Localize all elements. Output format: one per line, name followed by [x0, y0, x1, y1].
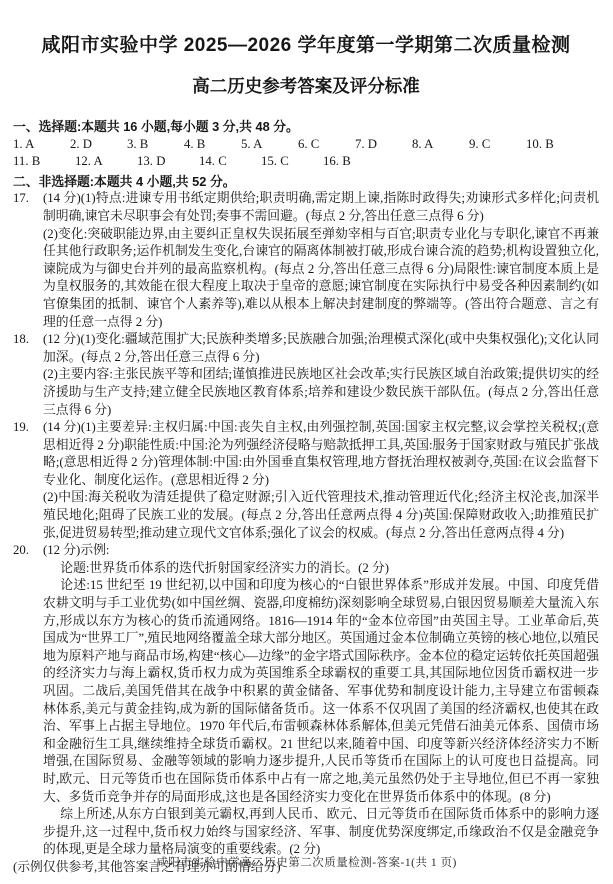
question-18-number: 18. — [13, 331, 29, 349]
free-response-section-heading: 二、非选择题:本题共 4 小题,共 52 分。 — [13, 173, 599, 191]
choice-answer-9: 9. C — [469, 136, 526, 154]
choice-answers-row-1: 1. A 2. D 3. B 4. B 5. A 6. C 7. D 8. A … — [13, 136, 599, 154]
answer-paragraph: (14 分)(1)特点:进谏专用书纸定期供给;职责明确,需定期上谏,指陈时政得失… — [43, 190, 599, 225]
choice-answer-12: 12. A — [75, 153, 137, 171]
question-20-number: 20. — [13, 542, 29, 560]
answer-paragraph: (14 分)(1)主要差异:主权归属:中国:丧失自主权,由列强控制,英国:国家主… — [43, 419, 599, 489]
choice-answer-5: 5. A — [241, 136, 298, 154]
choice-answer-4: 4. B — [184, 136, 241, 154]
question-17-answer: 17. (14 分)(1)特点:进谏专用书纸定期供给;职责明确,需定期上谏,指陈… — [13, 190, 599, 331]
document-title: 咸阳市实验中学 2025—2026 学年度第一学期第二次质量检测 — [13, 34, 599, 58]
essay-body-paragraph: 论述:15 世纪至 19 世纪初,以中国和印度为核心的“白银世界体系”形成并发展… — [43, 577, 599, 806]
choice-answer-1: 1. A — [13, 136, 70, 154]
essay-conclusion-paragraph: 综上所述,从东方白银到美元霸权,再到人民币、欧元、日元等货币在国际货币体系中的影… — [43, 806, 599, 859]
answer-paragraph: (2)主要内容:主张民族平等和团结;谨慎推进民族地区社会改革;实行民族区域自治政… — [43, 366, 599, 419]
choice-answer-15: 15. C — [261, 153, 323, 171]
answer-paragraph: (2)中国:海关税收为清廷提供了稳定财源;引入近代管理技术,推动管理近代化;经济… — [43, 489, 599, 542]
choice-answer-11: 11. B — [13, 153, 75, 171]
choice-answer-7: 7. D — [355, 136, 412, 154]
essay-thesis-paragraph: 论题:世界货币体系的迭代折射国家经济实力的消长。(2 分) — [43, 560, 599, 578]
question-18-answer: 18. (12 分)(1)变化:疆域范围扩大;民族种类增多;民族融合加强;治理模… — [13, 331, 599, 419]
choice-section-heading: 一、选择题:本题共 16 小题,每小题 3 分,共 48 分。 — [13, 118, 599, 136]
choice-answer-8: 8. A — [412, 136, 469, 154]
choice-answer-16: 16. B — [323, 153, 385, 171]
question-17-number: 17. — [13, 190, 29, 208]
choice-answers-row-2: 11. B 12. A 13. D 14. C 15. C 16. B — [13, 153, 599, 171]
question-19-answer: 19. (14 分)(1)主要差异:主权归属:中国:丧失自主权,由列强控制,英国… — [13, 419, 599, 542]
answer-intro: (12 分)示例: — [43, 542, 599, 560]
document-page: 咸阳市实验中学 2025—2026 学年度第一学期第二次质量检测 高二历史参考答… — [0, 0, 613, 884]
choice-answer-2: 2. D — [70, 136, 127, 154]
choice-answer-6: 6. C — [298, 136, 355, 154]
choice-answer-13: 13. D — [137, 153, 199, 171]
answer-paragraph: (12 分)(1)变化:疆域范围扩大;民族种类增多;民族融合加强;治理模式深化(… — [43, 331, 599, 366]
question-20-answer: 20. (12 分)示例: 论题:世界货币体系的迭代折射国家经济实力的消长。(2… — [13, 542, 599, 876]
choice-answer-10: 10. B — [526, 136, 583, 154]
document-subtitle: 高二历史参考答案及评分标准 — [13, 75, 599, 97]
choice-answer-3: 3. B — [127, 136, 184, 154]
answer-paragraph: (2)变化:突破职能边界,由主要纠正皇权失误拓展至弹劾宰相与百官;职责专业化与专… — [43, 226, 599, 332]
page-footer: 咸阳市实验中学高二历史第二次质量检测-答案-1(共 1 页) — [0, 854, 613, 870]
choice-answer-14: 14. C — [199, 153, 261, 171]
question-19-number: 19. — [13, 419, 29, 437]
